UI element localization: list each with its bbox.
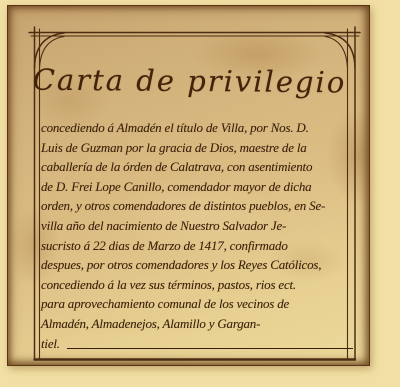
document-line: villa año del nacimiento de Nuestro Salv…	[41, 216, 359, 236]
document-photo: Carta de privilegio concediendo á Almadé…	[0, 0, 400, 387]
document-line: despues, por otros comendadores y los Re…	[41, 255, 359, 275]
document-line: caballería de la órden de Calatrava, con…	[41, 157, 359, 177]
document-body: concediendo á Almadén el título de Villa…	[41, 118, 359, 353]
document-line: sucristo á 22 dias de Marzo de 1417, con…	[41, 236, 359, 256]
document-line: para aprovechamiento comunal de los veci…	[41, 294, 359, 314]
document-line-text: tiel.	[41, 334, 60, 354]
document-title: Carta de privilegio	[8, 62, 371, 99]
corner-flourish-top-right	[325, 33, 355, 68]
document-line: de D. Frei Lope Canillo, comendador mayo…	[41, 177, 359, 197]
document-line: tiel.	[41, 334, 359, 354]
parchment-paper: Carta de privilegio concediendo á Almadé…	[7, 5, 370, 366]
document-line: concediendo á Almadén el título de Villa…	[41, 118, 359, 138]
document-line: Luis de Guzman por la gracia de Dios, ma…	[41, 138, 359, 158]
document-line: concediendo á la vez sus términos, pasto…	[41, 275, 359, 295]
document-line: Almadén, Almadenejos, Alamillo y Gargan-	[41, 314, 359, 334]
closing-rule	[67, 348, 353, 349]
document-line: orden, y otros comendadores de distintos…	[41, 196, 359, 216]
